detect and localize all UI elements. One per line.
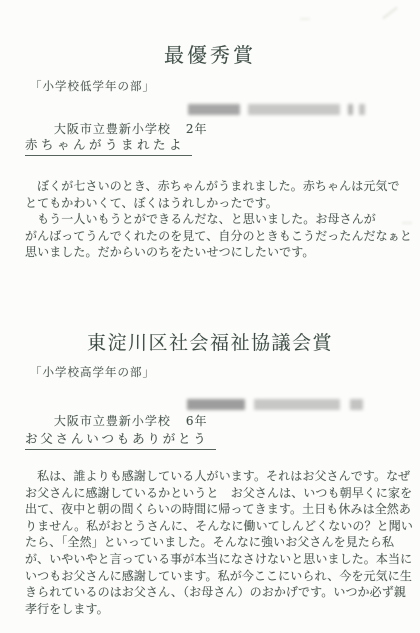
essay-line: いつもお父さんに感謝しています。私が今ここにいられ、今を元気に生 <box>25 568 410 585</box>
essay-line: が、いやいやと言っている事が本当になさけないと思いました。本当に <box>25 551 410 568</box>
essay-line: がんばってうんでくれたのを見て、自分のときもこうだったんだなぁと <box>25 228 410 245</box>
essay-line: 思いました。だからいのちをたいせつにしたいです。 <box>25 244 410 261</box>
essay-title: 赤ちゃんがうまれたよ <box>25 135 192 156</box>
essay-line: りません。私がおとうさんに、そんなに働いてしんどくないの？と聞い <box>25 518 410 535</box>
essay-line: とてもかわいくて、ぼくはうれしかったです。 <box>25 195 410 212</box>
award-title: 東淀川区社会福祉協議会賞 <box>0 328 420 355</box>
redaction-segment <box>187 399 245 410</box>
essay-title: お父さんいつもありがとう <box>25 429 216 450</box>
redaction-segment <box>348 104 353 115</box>
grade-label: 6年 <box>186 414 208 428</box>
school-name: 大阪市立豊新小学校 <box>54 414 171 428</box>
redacted-name-blur <box>188 104 365 115</box>
essay-body: ぼくが七さいのとき、赤ちゃんがうまれました。赤ちゃんは元気で とてもかわいくて、… <box>25 178 410 261</box>
scanned-document-page: 最優秀賞 「小学校低学年の部」 大阪市立豊新小学校2年 赤ちゃんがうまれたよ ぼ… <box>0 0 420 633</box>
essay-line: 私は、誰よりも感謝している人がいます。それはお父さんです。なぜ <box>25 468 410 485</box>
scan-artifact <box>300 18 310 20</box>
essay-line: たら、「全然」といっていました。そんなに強いお父さんを見たら私 <box>25 534 410 551</box>
essay-line: 孝行をします。 <box>25 601 410 618</box>
redaction-segment <box>359 104 365 115</box>
award-title: 最優秀賞 <box>0 39 420 68</box>
redaction-segment <box>254 399 340 410</box>
redacted-name-blur <box>187 399 363 410</box>
redaction-segment <box>248 104 340 115</box>
essay-line: お父さんに感謝しているかというと お父さんは、いつも朝早くに家を <box>25 485 410 502</box>
school-name: 大阪市立豊新小学校 <box>54 122 171 136</box>
essay-line: きられているのはお父さん、（お母さん）のおかげです。いつか必ず親 <box>25 584 410 601</box>
essay-line: もう一人いもうとができるんだな、と思いました。お母さんが <box>25 211 410 228</box>
redaction-segment <box>188 104 240 115</box>
redaction-segment <box>350 399 363 410</box>
essay-line: ぼくが七さいのとき、赤ちゃんがうまれました。赤ちゃんは元気で <box>25 178 410 195</box>
division-label: 「小学校低学年の部」 <box>30 78 155 94</box>
grade-label: 2年 <box>186 122 208 136</box>
scan-artifact <box>382 7 397 20</box>
essay-line: 出て、夜中と朝の間くらいの時間に帰ってきます。土日も休みは全然あ <box>25 501 410 518</box>
essay-body: 私は、誰よりも感謝している人がいます。それはお父さんです。なぜ お父さんに感謝し… <box>25 468 410 617</box>
division-label: 「小学校高学年の部」 <box>30 364 155 380</box>
